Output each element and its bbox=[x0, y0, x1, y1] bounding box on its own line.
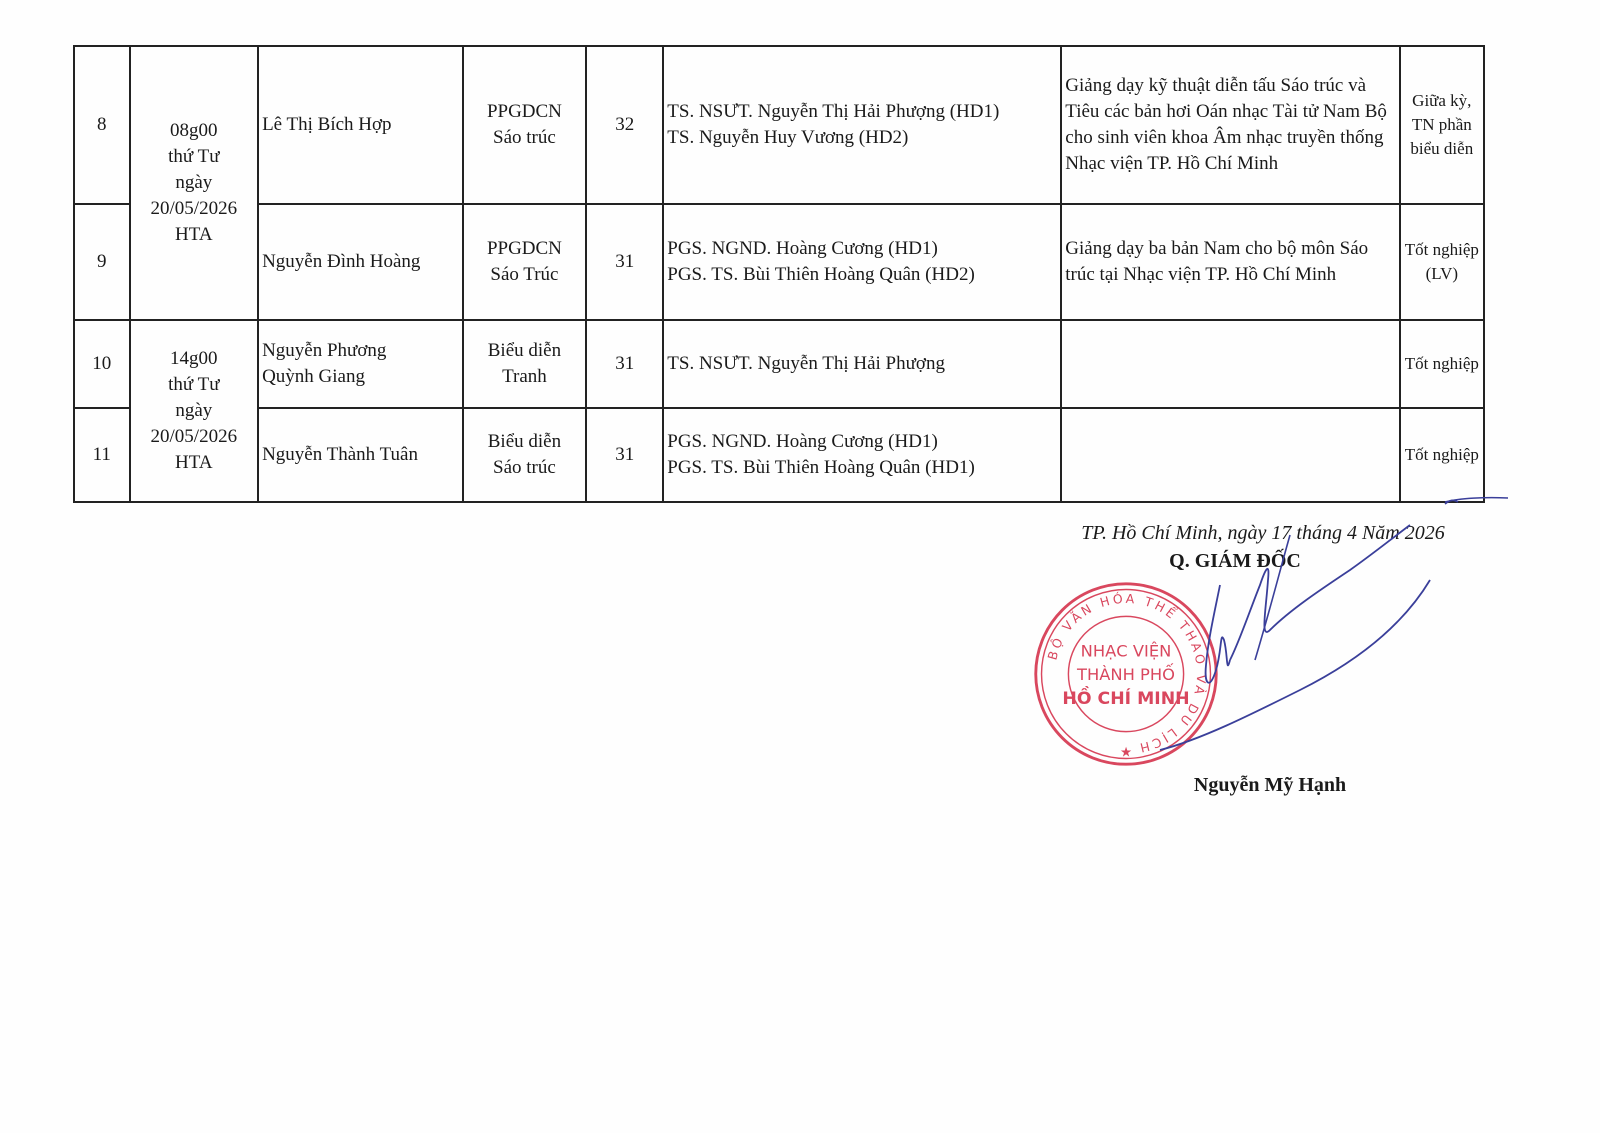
major: PPGDCN Sáo trúc bbox=[463, 46, 586, 204]
row-number: 10 bbox=[74, 320, 130, 408]
svg-text:HỒ CHÍ MINH: HỒ CHÍ MINH bbox=[1062, 685, 1189, 709]
time-cell: 14g00 thứ Tư ngày 20/05/2026 HTA bbox=[130, 320, 259, 502]
table-row: 8 08g00 thứ Tư ngày 20/05/2026 HTA Lê Th… bbox=[74, 46, 1484, 204]
student-name: Lê Thị Bích Hợp bbox=[258, 46, 463, 204]
course: 31 bbox=[586, 320, 663, 408]
major: Biểu diễn Tranh bbox=[463, 320, 586, 408]
signer-name: Nguyễn Mỹ Hạnh bbox=[1100, 772, 1440, 798]
table-row: 9 Nguyễn Đình Hoàng PPGDCN Sáo Trúc 31 P… bbox=[74, 204, 1484, 320]
advisors: TS. NSƯT. Nguyễn Thị Hải Phượng bbox=[663, 320, 1061, 408]
signer-role: Q. GIÁM ĐỐC bbox=[980, 548, 1490, 574]
svg-text:NHẠC VIỆN: NHẠC VIỆN bbox=[1081, 642, 1172, 661]
student-name: Nguyễn Thành Tuân bbox=[258, 408, 463, 502]
svg-text:THÀNH PHỐ: THÀNH PHỐ bbox=[1076, 663, 1175, 684]
advisors: TS. NSƯT. Nguyễn Thị Hải Phượng (HD1) TS… bbox=[663, 46, 1061, 204]
thesis-topic bbox=[1061, 408, 1399, 502]
defense-type: Tốt nghiệp bbox=[1400, 408, 1484, 502]
document-page: 8 08g00 thứ Tư ngày 20/05/2026 HTA Lê Th… bbox=[0, 0, 1600, 1133]
place-date: TP. Hồ Chí Minh, ngày 17 tháng 4 Năm 202… bbox=[1036, 520, 1490, 546]
signature-block: TP. Hồ Chí Minh, ngày 17 tháng 4 Năm 202… bbox=[1000, 520, 1490, 574]
student-name: Nguyễn Phương Quỳnh Giang bbox=[258, 320, 463, 408]
defense-type: Giữa kỳ, TN phần biểu diễn bbox=[1400, 46, 1484, 204]
svg-text:★: ★ bbox=[1120, 745, 1132, 760]
row-number: 9 bbox=[74, 204, 130, 320]
thesis-topic: Giảng dạy kỹ thuật diễn tấu Sáo trúc và … bbox=[1061, 46, 1399, 204]
course: 32 bbox=[586, 46, 663, 204]
advisors: PGS. NGND. Hoàng Cương (HD1) PGS. TS. Bù… bbox=[663, 408, 1061, 502]
major: PPGDCN Sáo Trúc bbox=[463, 204, 586, 320]
row-number: 8 bbox=[74, 46, 130, 204]
advisors: PGS. NGND. Hoàng Cương (HD1) PGS. TS. Bù… bbox=[663, 204, 1061, 320]
thesis-topic: Giảng dạy ba bản Nam cho bộ môn Sáo trúc… bbox=[1061, 204, 1399, 320]
course: 31 bbox=[586, 408, 663, 502]
official-stamp-icon: BỘ VĂN HÓA THỂ THAO VÀ DU LỊCH NHẠC VIỆN… bbox=[1030, 578, 1222, 770]
table-row: 11 Nguyễn Thành Tuân Biểu diễn Sáo trúc … bbox=[74, 408, 1484, 502]
time-cell: 08g00 thứ Tư ngày 20/05/2026 HTA bbox=[130, 46, 259, 320]
table-row: 10 14g00 thứ Tư ngày 20/05/2026 HTA Nguy… bbox=[74, 320, 1484, 408]
thesis-topic bbox=[1061, 320, 1399, 408]
defense-type: Tốt nghiệp bbox=[1400, 320, 1484, 408]
course: 31 bbox=[586, 204, 663, 320]
student-name: Nguyễn Đình Hoàng bbox=[258, 204, 463, 320]
row-number: 11 bbox=[74, 408, 130, 502]
major: Biểu diễn Sáo trúc bbox=[463, 408, 586, 502]
defense-type: Tốt nghiệp (LV) bbox=[1400, 204, 1484, 320]
defense-schedule-table: 8 08g00 thứ Tư ngày 20/05/2026 HTA Lê Th… bbox=[73, 45, 1485, 503]
